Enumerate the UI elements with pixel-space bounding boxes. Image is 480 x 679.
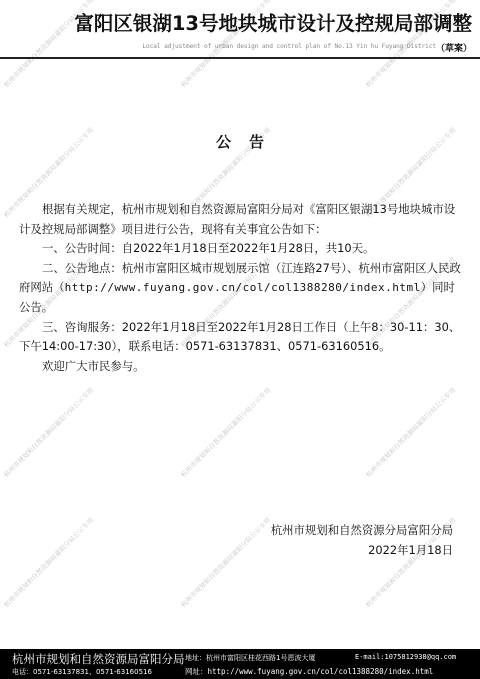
notice-item-time: 一、公告时间：自2022年1月18日至2022年1月28日，共10天。 bbox=[19, 239, 465, 259]
footer-address: 地址：杭州市富阳区桂花西路1号恩波大厦 bbox=[185, 653, 315, 663]
draft-label: （草案） bbox=[436, 41, 472, 54]
footer-email[interactable]: E-mail:1075812938@qq.com bbox=[355, 653, 456, 661]
watermark: 杭州市规划和自然资源局富阳分局公示专用 bbox=[364, 385, 458, 479]
document-footer: 杭州市规划和自然资源局富阳分局 电话：0571-63137831、0571-63… bbox=[0, 649, 480, 679]
signature-org: 杭州市规划和自然资源分局富阳分局 bbox=[271, 520, 453, 540]
notice-item-consult: 三、咨询服务：2022年1月18日至2022年1月28日工作日（上午8：30-1… bbox=[19, 318, 465, 357]
government-website-link[interactable]: http://www.fuyang.gov.cn/col/col1388280/… bbox=[65, 281, 421, 294]
watermark: 杭州市规划和自然资源局富阳分局公示专用 bbox=[179, 385, 273, 479]
signature-block: 杭州市规划和自然资源分局富阳分局 2022年1月18日 bbox=[271, 520, 453, 560]
document-title: 富阳区银湖13号地块城市设计及控规局部调整 bbox=[74, 8, 472, 36]
footer-phone: 电话：0571-63137831、0571-63160516 bbox=[12, 667, 152, 677]
notice-body: 根据有关规定，杭州市规划和自然资源局富阳分局对《富阳区银湖13号地块城市设计及控… bbox=[19, 200, 465, 376]
header-divider bbox=[0, 57, 480, 59]
document-subtitle-en: Local adjustment of urban design and con… bbox=[142, 43, 436, 50]
footer-org: 杭州市规划和自然资源局富阳分局 bbox=[12, 651, 185, 667]
notice-title: 公告 bbox=[0, 131, 480, 152]
watermark: 杭州市规划和自然资源局富阳分局公示专用 bbox=[179, 515, 273, 609]
notice-item-location: 二、公告地点：杭州市富阳区城市规划展示馆（江连路27号）、杭州市富阳区人民政府网… bbox=[19, 259, 465, 318]
notice-closing: 欢迎广大市民参与。 bbox=[19, 357, 465, 377]
watermark: 杭州市规划和自然资源局富阳分局公示专用 bbox=[2, 515, 96, 609]
watermark: 杭州市规划和自然资源局富阳分局公示专用 bbox=[2, 385, 96, 479]
notice-intro: 根据有关规定，杭州市规划和自然资源局富阳分局对《富阳区银湖13号地块城市设计及控… bbox=[19, 200, 465, 239]
signature-date: 2022年1月18日 bbox=[271, 540, 453, 560]
footer-website[interactable]: 网址：http://www.fuyang.gov.cn/col/col13882… bbox=[185, 666, 433, 677]
